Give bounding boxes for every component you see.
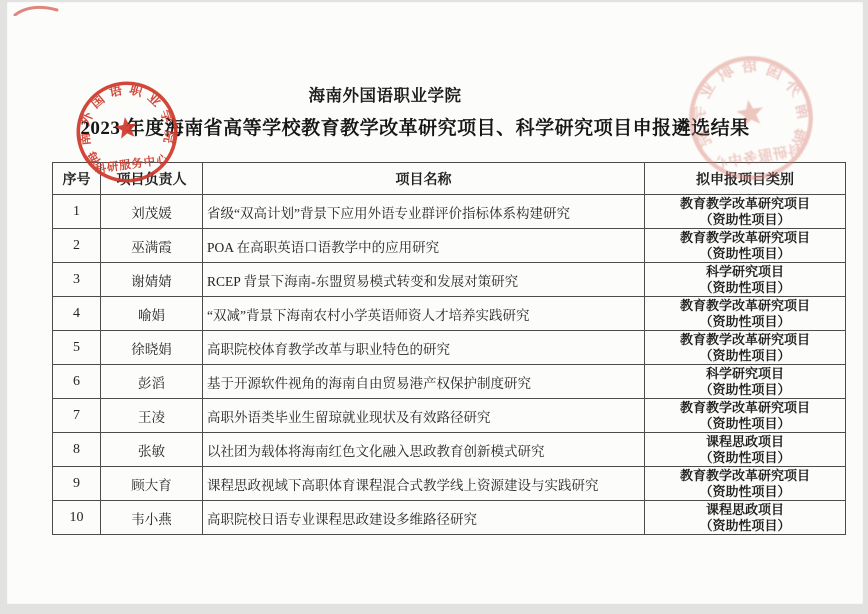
category-funding-note: （资助性项目） [649,246,841,262]
table-row: 6 彭滔 基于开源软件视角的海南自由贸易港产权保护制度研究 科学研究项目 （资助… [53,365,846,399]
table-body: 1 刘茂媛 省级“双高计划”背景下应用外语专业群评价指标体系构建研究 教育教学改… [53,195,846,535]
project-title: 高职院校体育教学改革与职业特色的研究 [203,331,645,365]
category-funding-note: （资助性项目） [649,314,841,330]
project-leader: 韦小燕 [101,501,203,535]
category-funding-note: （资助性项目） [649,280,841,296]
category-funding-note: （资助性项目） [649,212,841,228]
project-leader: 王凌 [101,399,203,433]
project-title: 基于开源软件视角的海南自由贸易港产权保护制度研究 [203,365,645,399]
category-funding-note: （资助性项目） [649,450,841,466]
table-row: 5 徐晓娟 高职院校体育教学改革与职业特色的研究 教育教学改革研究项目 （资助性… [53,331,846,365]
project-leader: 刘茂媛 [101,195,203,229]
project-category: 课程思政项目 （资助性项目） [645,433,846,467]
header-category: 拟申报项目类别 [645,163,846,195]
project-title: RCEP 背景下海南-东盟贸易模式转变和发展对策研究 [203,263,645,297]
category-type: 教育教学改革研究项目 [649,468,841,484]
project-category: 教育教学改革研究项目 （资助性项目） [645,229,846,263]
project-title: 以社团为载体将海南红色文化融入思政教育创新模式研究 [203,433,645,467]
project-title: 省级“双高计划”背景下应用外语专业群评价指标体系构建研究 [203,195,645,229]
project-title: 高职外语类毕业生留琼就业现状及有效路径研究 [203,399,645,433]
project-leader: 顾大育 [101,467,203,501]
category-type: 教育教学改革研究项目 [649,400,841,416]
table-row: 10 韦小燕 高职院校日语专业课程思政建设多维路径研究 课程思政项目 （资助性项… [53,501,846,535]
header-project-leader: 项目负责人 [101,163,203,195]
results-table: 序号 项目负责人 项目名称 拟申报项目类别 1 刘茂媛 省级“双高计划”背景下应… [52,162,846,535]
category-type: 科学研究项目 [649,264,841,280]
header-project-name: 项目名称 [203,163,645,195]
project-category: 教育教学改革研究项目 （资助性项目） [645,331,846,365]
header-serial-number: 序号 [53,163,101,195]
table-row: 4 喻娟 “双减”背景下海南农村小学英语师资人才培养实践研究 教育教学改革研究项… [53,297,846,331]
row-serial-number: 8 [53,433,101,467]
project-category: 科学研究项目 （资助性项目） [645,365,846,399]
category-type: 课程思政项目 [649,434,841,450]
table-row: 1 刘茂媛 省级“双高计划”背景下应用外语专业群评价指标体系构建研究 教育教学改… [53,195,846,229]
scanned-document: 海南外国语职业学院 2023 年度海南省高等学校教育教学改革研究项目、科学研究项… [0,0,868,614]
category-funding-note: （资助性项目） [649,518,841,534]
category-type: 科学研究项目 [649,366,841,382]
project-leader: 张敏 [101,433,203,467]
table-row: 8 张敏 以社团为载体将海南红色文化融入思政教育创新模式研究 课程思政项目 （资… [53,433,846,467]
project-title: POA 在高职英语口语教学中的应用研究 [203,229,645,263]
stamp-bleed-mark [13,2,73,16]
category-funding-note: （资助性项目） [649,382,841,398]
table-row: 2 巫满霞 POA 在高职英语口语教学中的应用研究 教育教学改革研究项目 （资助… [53,229,846,263]
row-serial-number: 7 [53,399,101,433]
institution-name: 海南外国语职业学院 [0,82,813,106]
row-serial-number: 6 [53,365,101,399]
row-serial-number: 10 [53,501,101,535]
paper-page: 海南外国语职业学院 2023 年度海南省高等学校教育教学改革研究项目、科学研究项… [7,2,863,604]
project-leader: 喻娟 [101,297,203,331]
project-category: 科学研究项目 （资助性项目） [645,263,846,297]
project-leader: 彭滔 [101,365,203,399]
project-title: 课程思政视域下高职体育课程混合式教学线上资源建设与实践研究 [203,467,645,501]
project-leader: 徐晓娟 [101,331,203,365]
project-leader: 巫满霞 [101,229,203,263]
category-type: 教育教学改革研究项目 [649,332,841,348]
project-title: “双减”背景下海南农村小学英语师资人才培养实践研究 [203,297,645,331]
project-category: 教育教学改革研究项目 （资助性项目） [645,297,846,331]
row-serial-number: 1 [53,195,101,229]
table-row: 7 王凌 高职外语类毕业生留琼就业现状及有效路径研究 教育教学改革研究项目 （资… [53,399,846,433]
category-funding-note: （资助性项目） [649,484,841,500]
project-category: 课程思政项目 （资助性项目） [645,501,846,535]
project-leader: 谢婧婧 [101,263,203,297]
category-funding-note: （资助性项目） [649,416,841,432]
table-row: 3 谢婧婧 RCEP 背景下海南-东盟贸易模式转变和发展对策研究 科学研究项目 … [53,263,846,297]
table-row: 9 顾大育 课程思政视域下高职体育课程混合式教学线上资源建设与实践研究 教育教学… [53,467,846,501]
category-type: 课程思政项目 [649,502,841,518]
project-category: 教育教学改革研究项目 （资助性项目） [645,195,846,229]
category-type: 教育教学改革研究项目 [649,196,841,212]
row-serial-number: 3 [53,263,101,297]
document-title: 2023 年度海南省高等学校教育教学改革研究项目、科学研究项目申报遴选结果 [0,113,843,140]
row-serial-number: 2 [53,229,101,263]
project-category: 教育教学改革研究项目 （资助性项目） [645,399,846,433]
table-header-row: 序号 项目负责人 项目名称 拟申报项目类别 [53,163,846,195]
project-category: 教育教学改革研究项目 （资助性项目） [645,467,846,501]
category-funding-note: （资助性项目） [649,348,841,364]
row-serial-number: 9 [53,467,101,501]
project-title: 高职院校日语专业课程思政建设多维路径研究 [203,501,645,535]
row-serial-number: 4 [53,297,101,331]
category-type: 教育教学改革研究项目 [649,230,841,246]
category-type: 教育教学改革研究项目 [649,298,841,314]
row-serial-number: 5 [53,331,101,365]
